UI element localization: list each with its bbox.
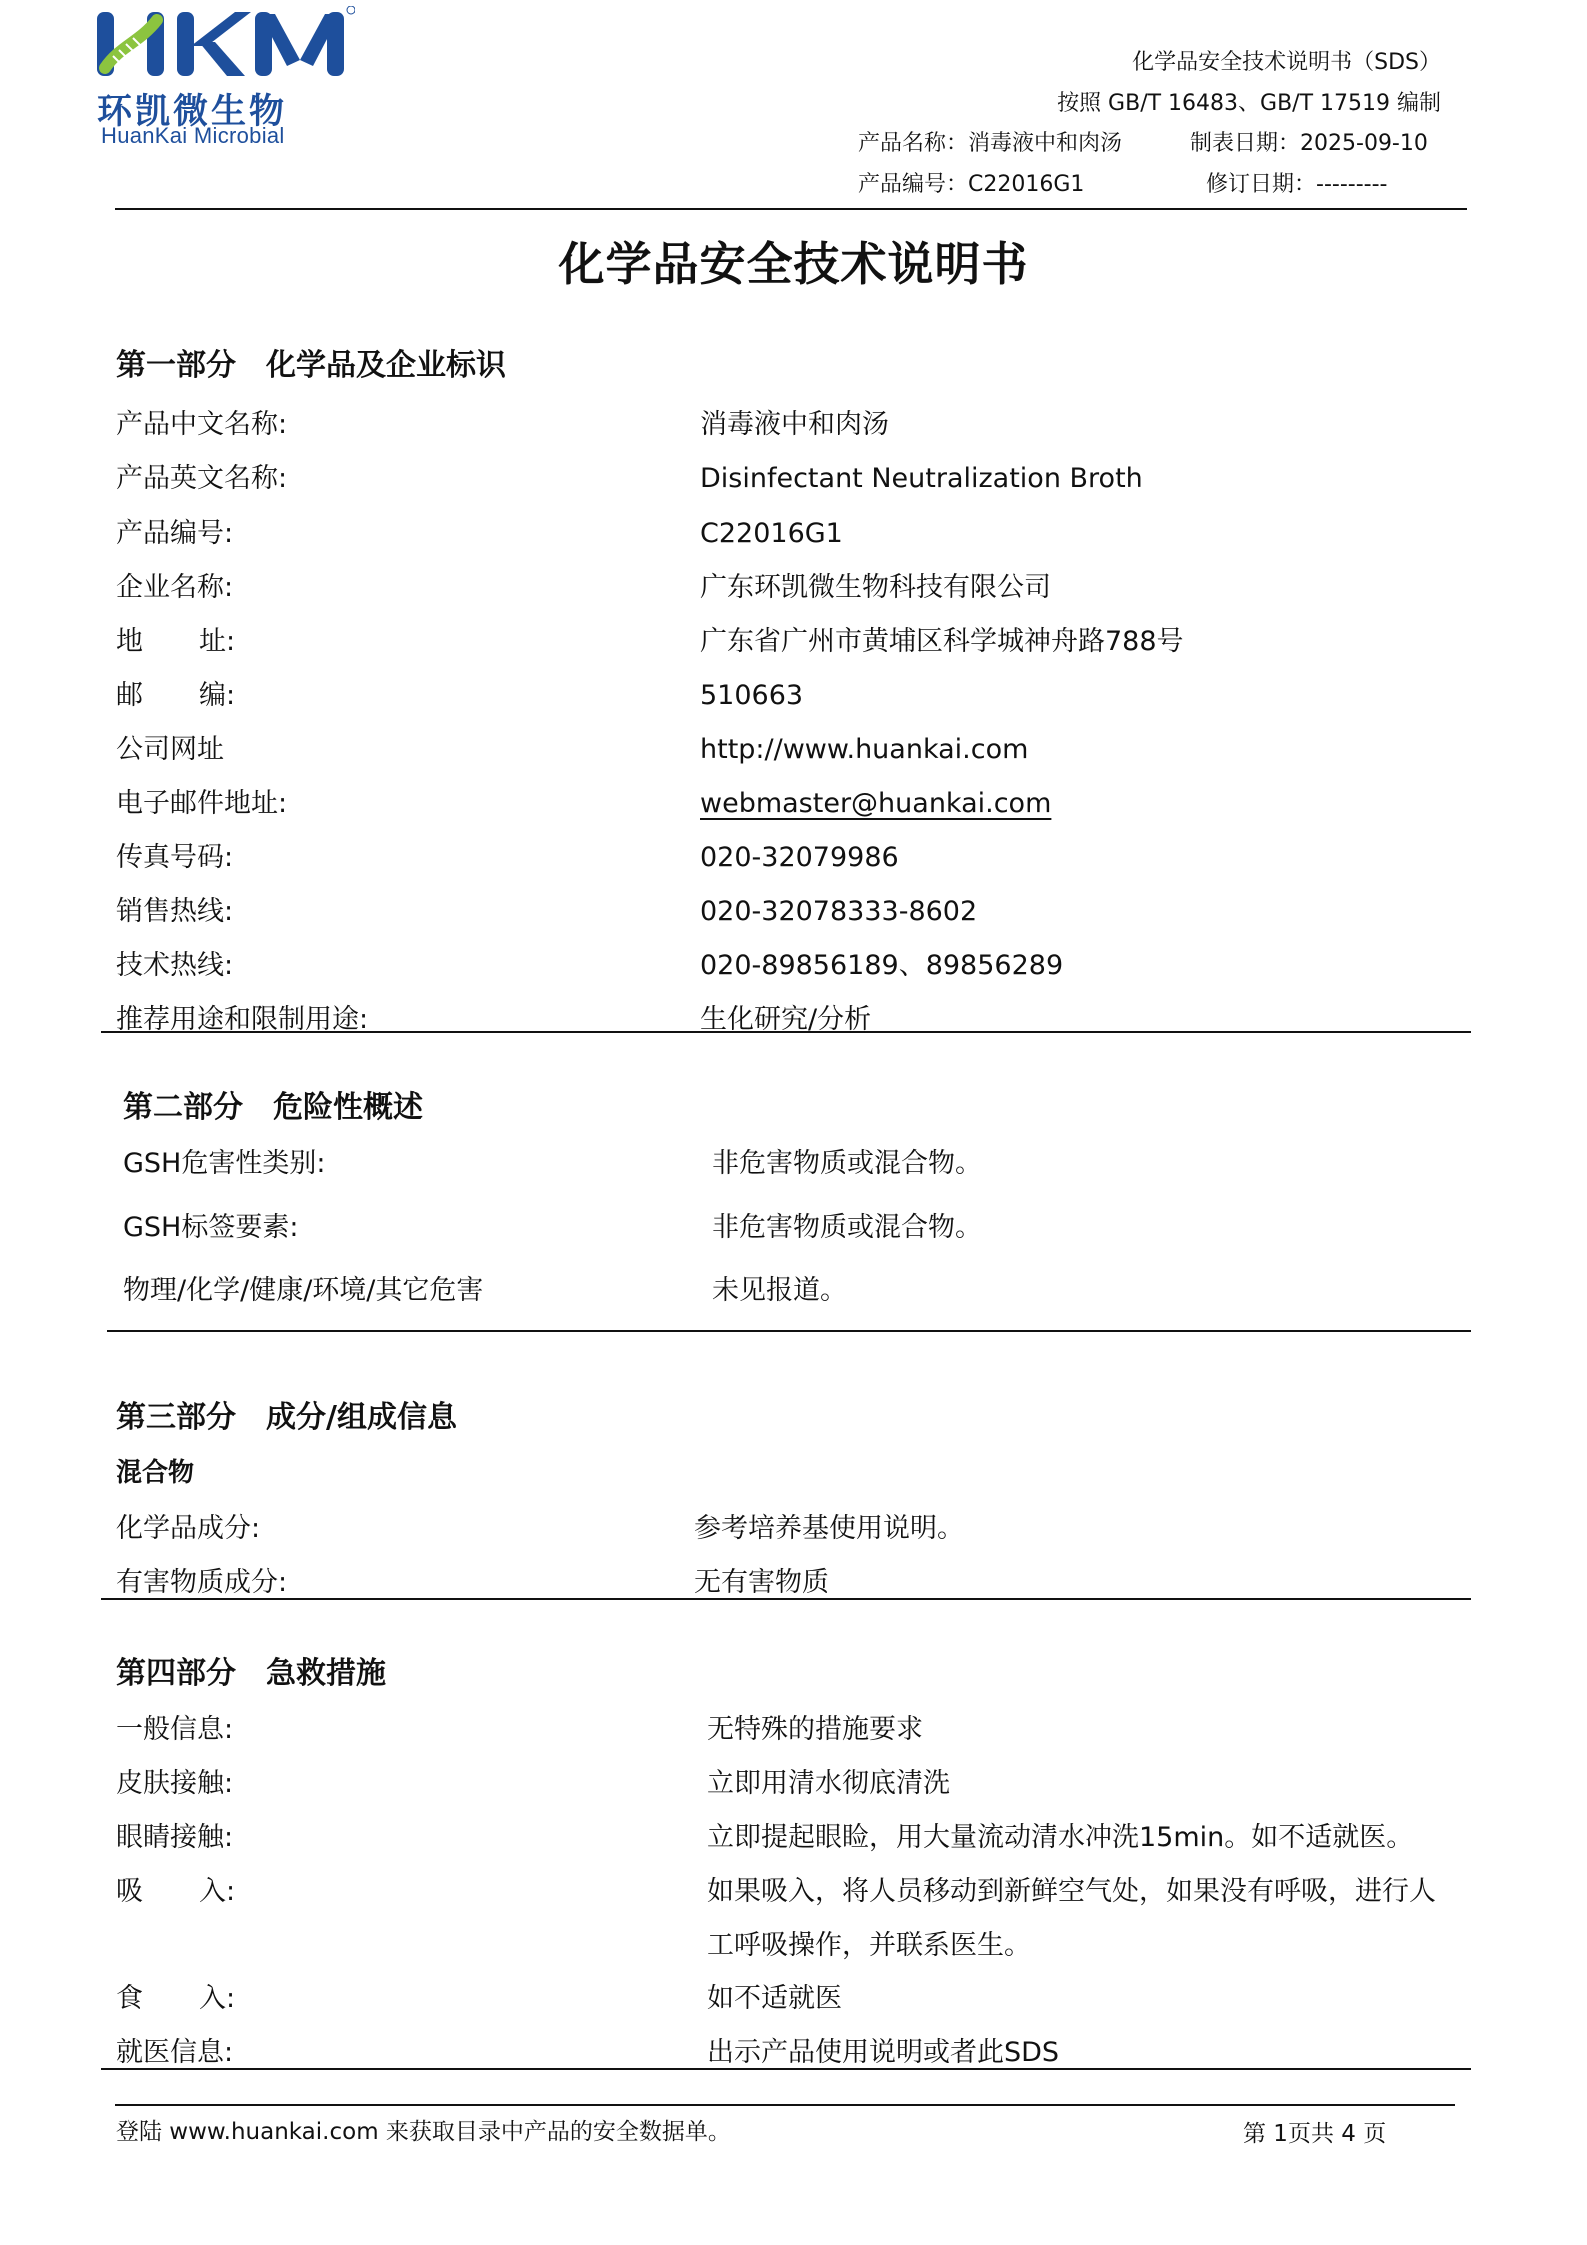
website-link[interactable]: http://www.huankai.com <box>700 733 1028 767</box>
row-label: 眼睛接触: <box>116 1821 233 1855</box>
section-3-divider <box>101 1598 1471 1600</box>
row-value: 020-32078333-8602 <box>700 895 977 929</box>
header-product-code: 产品编号：C22016G1 <box>858 172 1084 198</box>
footer-note: 登陆 www.huankai.com 来获取目录中产品的安全数据单。 <box>116 2118 731 2146</box>
row-value: 未见报道。 <box>712 1274 847 1308</box>
row-label: GSH危害性类别: <box>123 1147 325 1181</box>
header-revised-date: 修订日期：--------- <box>1206 172 1387 198</box>
product-name-value: 消毒液中和肉汤 <box>968 131 1122 156</box>
row-value: 非危害物质或混合物。 <box>712 1211 982 1245</box>
page-indicator: 第 1页共 4 页 <box>1243 2120 1386 2148</box>
email-link[interactable]: webmaster@huankai.com <box>700 788 1051 819</box>
row-value: C22016G1 <box>700 517 843 551</box>
row-value: 非危害物质或混合物。 <box>712 1147 982 1181</box>
revised-date-value: --------- <box>1316 172 1387 197</box>
row-label: GSH标签要素: <box>123 1211 298 1245</box>
row-label: 产品编号: <box>116 517 233 551</box>
header-product-name: 产品名称：消毒液中和肉汤 <box>858 131 1122 157</box>
row-label-inhalation: 吸入: <box>116 1875 235 1909</box>
row-label: 就医信息: <box>116 2036 233 2070</box>
row-label-postcode: 邮编: <box>116 679 235 713</box>
product-code-value: C22016G1 <box>968 172 1084 197</box>
section-4-heading: 第四部分 急救措施 <box>116 1656 386 1692</box>
revised-date-label: 修订日期： <box>1206 172 1316 197</box>
company-logo: 环凯微生物 HuanKai Microbial <box>95 6 370 146</box>
row-label-ingestion: 食入: <box>116 1982 235 2016</box>
row-value: 广东环凯微生物科技有限公司 <box>700 571 1051 605</box>
row-label: 销售热线: <box>116 895 233 929</box>
row-value: 消毒液中和肉汤 <box>700 408 889 442</box>
document-title: 化学品安全技术说明书 <box>0 228 1587 294</box>
section-2-divider <box>107 1330 1471 1332</box>
row-value: 020-89856189、89856289 <box>700 949 1063 983</box>
row-label: 产品英文名称: <box>116 462 287 496</box>
row-value: 如果吸入，将人员移动到新鲜空气处，如果没有呼吸，进行人 <box>707 1875 1436 1909</box>
row-value-continued: 工呼吸操作，并联系医生。 <box>707 1929 1031 1963</box>
product-name-label: 产品名称： <box>858 131 968 156</box>
header-standard: 按照 GB/T 16483、GB/T 17519 编制 <box>1057 91 1441 117</box>
row-value: 如不适就医 <box>707 1982 842 2016</box>
row-value: 510663 <box>700 679 803 713</box>
row-value: 立即用清水彻底清洗 <box>707 1767 950 1801</box>
row-value: Disinfectant Neutralization Broth <box>700 462 1143 496</box>
row-label: 物理/化学/健康/环境/其它危害 <box>123 1274 483 1308</box>
row-label: 一般信息: <box>116 1713 233 1747</box>
row-label: 皮肤接触: <box>116 1767 233 1801</box>
row-label-address: 地址: <box>116 625 235 659</box>
row-label: 技术热线: <box>116 949 233 983</box>
row-value: 无有害物质 <box>694 1566 829 1600</box>
header-divider <box>115 208 1467 210</box>
row-label: 化学品成分: <box>116 1512 260 1546</box>
section-2-heading: 第二部分 危险性概述 <box>123 1090 423 1126</box>
product-code-label: 产品编号： <box>858 172 968 197</box>
row-label: 电子邮件地址: <box>116 787 287 821</box>
row-label: 企业名称: <box>116 571 233 605</box>
row-label: 有害物质成分: <box>116 1566 287 1600</box>
row-label: 产品中文名称: <box>116 408 287 442</box>
row-label: 传真号码: <box>116 841 233 875</box>
made-date-value: 2025-09-10 <box>1300 131 1428 156</box>
row-label: 公司网址 <box>116 733 224 767</box>
header-made-date: 制表日期：2025-09-10 <box>1190 131 1428 157</box>
footer-divider <box>115 2104 1455 2106</box>
section-1-heading: 第一部分 化学品及企业标识 <box>116 348 506 384</box>
row-value: 020-32079986 <box>700 841 899 875</box>
row-value: 立即提起眼睑，用大量流动清水冲洗15min。如不适就医。 <box>707 1821 1413 1855</box>
made-date-label: 制表日期： <box>1190 131 1300 156</box>
section-4-divider <box>101 2068 1471 2070</box>
section-1-divider <box>101 1031 1471 1033</box>
row-value: 参考培养基使用说明。 <box>694 1512 964 1546</box>
row-value: 出示产品使用说明或者此SDS <box>707 2036 1059 2070</box>
row-value: 无特殊的措施要求 <box>707 1713 923 1747</box>
section-3-heading: 第三部分 成分/组成信息 <box>116 1400 457 1436</box>
row-value: 广东省广州市黄埔区科学城神舟路788号 <box>700 625 1184 659</box>
section-3-subheading: 混合物 <box>116 1457 194 1489</box>
hkm-logo-mark-icon <box>95 6 355 80</box>
logo-name-en: HuanKai Microbial <box>101 123 285 149</box>
header-doc-type: 化学品安全技术说明书（SDS） <box>1132 50 1441 76</box>
